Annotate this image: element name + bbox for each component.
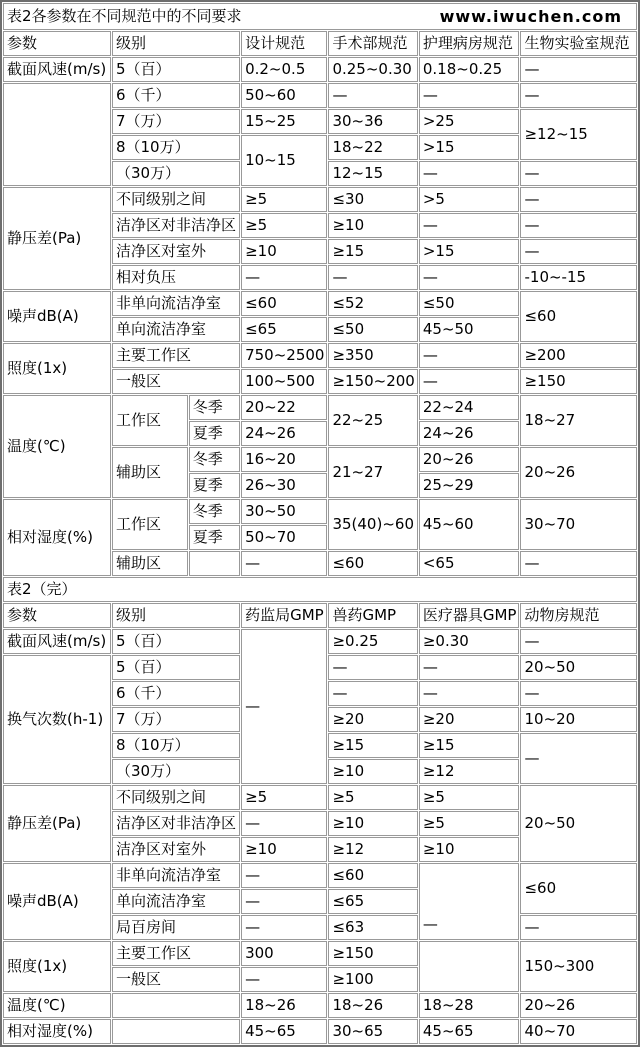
table-row: 温度(℃) 工作区 冬季 20~22 22~25 22~24 18~27 [3, 395, 637, 420]
param-cell: 温度(℃) [3, 395, 111, 498]
value-cell: 0.18~0.25 [419, 57, 520, 82]
param-cell: 截面风速(m/s) [3, 629, 111, 654]
value-cell: ≥20 [419, 707, 520, 732]
season-cell: 夏季 [189, 421, 240, 446]
level-cell: 不同级别之间 [112, 187, 240, 212]
param-cell: 噪声dB(A) [3, 291, 111, 342]
table-row: 相对湿度(%) 45~65 30~65 45~65 40~70 [3, 1019, 637, 1044]
param-cell: 噪声dB(A) [3, 863, 111, 940]
value-cell: — [419, 343, 520, 368]
value-cell: 20~26 [419, 447, 520, 472]
value-cell: ≥15 [328, 733, 417, 758]
value-cell: — [241, 889, 327, 914]
value-cell: — [520, 83, 637, 108]
value-cell: 35(40)~60 [328, 499, 417, 550]
value-cell: — [241, 265, 327, 290]
level-cell: 辅助区 [112, 447, 188, 498]
table-row: 噪声dB(A) 非单向流洁净室 ≤60 ≤52 ≤50 ≤60 [3, 291, 637, 316]
value-cell: 15~25 [241, 109, 327, 134]
column-header: 兽药GMP [328, 603, 417, 628]
value-cell: ≥10 [241, 837, 327, 862]
value-cell: ≥100 [328, 967, 417, 992]
value-cell: >5 [419, 187, 520, 212]
value-cell: 21~27 [328, 447, 417, 498]
page-title: 表2各参数在不同规范中的不同要求 [7, 4, 242, 29]
level-cell: 洁净区对室外 [112, 837, 240, 862]
table-row: 温度(℃) 18~26 18~26 18~28 20~26 [3, 993, 637, 1018]
value-cell: ≥350 [328, 343, 417, 368]
value-cell: ≥15 [328, 239, 417, 264]
param-cell: 相对湿度(%) [3, 499, 111, 576]
value-cell: 0.25~0.30 [328, 57, 417, 82]
empty-cell [189, 551, 240, 576]
value-cell: — [241, 629, 327, 784]
value-cell: ≥10 [419, 837, 520, 862]
value-cell: 25~29 [419, 473, 520, 498]
param-cell: 截面风速(m/s) [3, 57, 111, 82]
value-cell: — [241, 551, 327, 576]
value-cell: 0.2~0.5 [241, 57, 327, 82]
value-cell: 100~500 [241, 369, 327, 394]
table2-header-row: 参数 级别 药监局GMP 兽药GMP 医疗器具GMP 动物房规范 [3, 603, 637, 628]
table-row: 照度(1x) 主要工作区 300 ≥150 150~300 [3, 941, 637, 966]
table-row: 相对湿度(%) 工作区 冬季 30~50 35(40)~60 45~60 30~… [3, 499, 637, 524]
column-header: 医疗器具GMP [419, 603, 520, 628]
level-cell: 相对负压 [112, 265, 240, 290]
value-cell: 30~65 [328, 1019, 417, 1044]
column-header: 生物实验室规范 [520, 31, 637, 56]
value-cell: 22~25 [328, 395, 417, 446]
value-cell: 26~30 [241, 473, 327, 498]
level-cell: 7（万） [112, 109, 240, 134]
param-cell: 相对湿度(%) [3, 1019, 111, 1044]
value-cell: — [520, 57, 637, 82]
param-cell: 照度(1x) [3, 941, 111, 992]
level-cell: 一般区 [112, 369, 240, 394]
value-cell: ≥5 [419, 811, 520, 836]
value-cell: ≥5 [241, 785, 327, 810]
value-cell: 20~26 [520, 447, 637, 498]
value-cell: ≥12 [419, 759, 520, 784]
value-cell: ≤60 [520, 291, 637, 342]
level-cell: 5（百） [112, 655, 240, 680]
value-cell: ≥150~200 [328, 369, 417, 394]
empty-cell [112, 1019, 240, 1044]
parameters-table: 表2各参数在不同规范中的不同要求 www.iwuchen.com 参数 级别 设… [0, 0, 640, 1047]
value-cell: 10~20 [520, 707, 637, 732]
value-cell: — [419, 863, 520, 940]
value-cell: — [419, 213, 520, 238]
value-cell: — [520, 213, 637, 238]
value-cell: >25 [419, 109, 520, 134]
value-cell: — [328, 83, 417, 108]
value-cell: ≥10 [328, 213, 417, 238]
level-cell: 5（百） [112, 629, 240, 654]
value-cell: — [520, 733, 637, 784]
value-cell: ≥10 [328, 759, 417, 784]
value-cell: ≥150 [520, 369, 637, 394]
value-cell: — [520, 239, 637, 264]
level-cell: 主要工作区 [112, 941, 240, 966]
value-cell: 30~50 [241, 499, 327, 524]
level-cell: 8（10万） [112, 135, 240, 160]
value-cell: ≥5 [241, 213, 327, 238]
value-cell: ≥10 [241, 239, 327, 264]
param-cell: 静压差(Pa) [3, 785, 111, 862]
value-cell: — [520, 681, 637, 706]
value-cell: — [419, 161, 520, 186]
value-cell: 50~60 [241, 83, 327, 108]
value-cell: — [520, 161, 637, 186]
value-cell: — [419, 83, 520, 108]
value-cell: ≤60 [520, 863, 637, 914]
value-cell: 300 [241, 941, 327, 966]
level-cell: 单向流洁净室 [112, 889, 240, 914]
value-cell: 150~300 [520, 941, 637, 992]
value-cell: 10~15 [241, 135, 327, 186]
value-cell: ≥20 [328, 707, 417, 732]
level-cell: 主要工作区 [112, 343, 240, 368]
table-row: 照度(1x) 主要工作区 750~2500 ≥350 — ≥200 [3, 343, 637, 368]
value-cell: ≤65 [328, 889, 417, 914]
level-cell: 8（10万） [112, 733, 240, 758]
value-cell: ≤60 [328, 551, 417, 576]
empty-param-cell [3, 83, 111, 186]
table-row: 截面风速(m/s) 5（百） 0.2~0.5 0.25~0.30 0.18~0.… [3, 57, 637, 82]
level-cell: 一般区 [112, 967, 240, 992]
value-cell: — [520, 915, 637, 940]
value-cell: — [328, 655, 417, 680]
column-header: 动物房规范 [520, 603, 637, 628]
value-cell: 45~50 [419, 317, 520, 342]
value-cell: ≤50 [419, 291, 520, 316]
column-header: 级别 [112, 31, 240, 56]
value-cell: — [520, 187, 637, 212]
value-cell: 750~2500 [241, 343, 327, 368]
value-cell: ≥12 [328, 837, 417, 862]
level-cell: 单向流洁净室 [112, 317, 240, 342]
table-row: 噪声dB(A) 非单向流洁净室 — ≤60 — ≤60 [3, 863, 637, 888]
level-cell: （30万） [112, 759, 240, 784]
column-header: 参数 [3, 603, 111, 628]
season-cell: 夏季 [189, 473, 240, 498]
value-cell: 18~28 [419, 993, 520, 1018]
column-header: 级别 [112, 603, 240, 628]
value-cell: <65 [419, 551, 520, 576]
table-row: 静压差(Pa) 不同级别之间 ≥5 ≤30 >5 — [3, 187, 637, 212]
table-row: 6（千） 50~60 — — — [3, 83, 637, 108]
level-cell: 6（千） [112, 83, 240, 108]
value-cell: 30~36 [328, 109, 417, 134]
value-cell: 18~22 [328, 135, 417, 160]
value-cell: 45~60 [419, 499, 520, 550]
value-cell: ≤63 [328, 915, 417, 940]
value-cell: — [241, 811, 327, 836]
value-cell: ≥5 [419, 785, 520, 810]
value-cell: 45~65 [419, 1019, 520, 1044]
value-cell: 16~20 [241, 447, 327, 472]
level-cell: 洁净区对非洁净区 [112, 811, 240, 836]
season-cell: 冬季 [189, 395, 240, 420]
column-header: 手术部规范 [328, 31, 417, 56]
value-cell: — [328, 681, 417, 706]
level-cell: 洁净区对非洁净区 [112, 213, 240, 238]
title-row: 表2各参数在不同规范中的不同要求 www.iwuchen.com [3, 3, 637, 30]
value-cell: 18~27 [520, 395, 637, 446]
value-cell: — [419, 265, 520, 290]
title-cell: 表2各参数在不同规范中的不同要求 www.iwuchen.com [3, 3, 637, 30]
value-cell: — [419, 369, 520, 394]
value-cell: 20~26 [520, 993, 637, 1018]
level-cell: 不同级别之间 [112, 785, 240, 810]
table-row: 静压差(Pa) 不同级别之间 ≥5 ≥5 ≥5 20~50 [3, 785, 637, 810]
column-header: 参数 [3, 31, 111, 56]
level-cell: 6（千） [112, 681, 240, 706]
value-cell: 40~70 [520, 1019, 637, 1044]
value-cell: -10~-15 [520, 265, 637, 290]
level-cell: 辅助区 [112, 551, 188, 576]
level-cell: 非单向流洁净室 [112, 863, 240, 888]
value-cell: 22~24 [419, 395, 520, 420]
value-cell: — [241, 915, 327, 940]
value-cell: ≤50 [328, 317, 417, 342]
level-cell: （30万） [112, 161, 240, 186]
value-cell: 18~26 [241, 993, 327, 1018]
column-header: 设计规范 [241, 31, 327, 56]
value-cell: ≥12~15 [520, 109, 637, 160]
value-cell: 45~65 [241, 1019, 327, 1044]
value-cell: 20~50 [520, 655, 637, 680]
level-cell: 局百房间 [112, 915, 240, 940]
param-cell: 换气次数(h-1) [3, 655, 111, 784]
value-cell: ≤60 [328, 863, 417, 888]
value-cell: ≥0.25 [328, 629, 417, 654]
value-cell: >15 [419, 135, 520, 160]
value-cell: — [328, 265, 417, 290]
value-cell: 12~15 [328, 161, 417, 186]
value-cell: — [419, 655, 520, 680]
value-cell: — [241, 863, 327, 888]
value-cell: ≥200 [520, 343, 637, 368]
param-cell: 静压差(Pa) [3, 187, 111, 290]
value-cell: 20~50 [520, 785, 637, 862]
level-cell: 洁净区对室外 [112, 239, 240, 264]
value-cell: ≥10 [328, 811, 417, 836]
level-cell: 工作区 [112, 395, 188, 446]
value-cell: 18~26 [328, 993, 417, 1018]
value-cell: — [241, 967, 327, 992]
level-cell: 工作区 [112, 499, 188, 550]
table-row: 截面风速(m/s) 5（百） — ≥0.25 ≥0.30 — [3, 629, 637, 654]
value-cell: — [419, 681, 520, 706]
column-header: 护理病房规范 [419, 31, 520, 56]
value-cell: — [520, 629, 637, 654]
mid-caption: 表2（完） [3, 577, 637, 602]
value-cell: >15 [419, 239, 520, 264]
season-cell: 冬季 [189, 447, 240, 472]
value-cell: ≤65 [241, 317, 327, 342]
empty-cell [112, 993, 240, 1018]
value-cell: ≥150 [328, 941, 417, 966]
value-cell: 20~22 [241, 395, 327, 420]
value-cell: ≤60 [241, 291, 327, 316]
value-cell: ≤30 [328, 187, 417, 212]
value-cell: 24~26 [241, 421, 327, 446]
level-cell: 7（万） [112, 707, 240, 732]
value-cell: ≥0.30 [419, 629, 520, 654]
season-cell: 冬季 [189, 499, 240, 524]
value-cell: 30~70 [520, 499, 637, 550]
value-cell: 50~70 [241, 525, 327, 550]
column-header: 药监局GMP [241, 603, 327, 628]
value-cell: ≥15 [419, 733, 520, 758]
value-cell: ≤52 [328, 291, 417, 316]
value-cell: ≥5 [241, 187, 327, 212]
table1-header-row: 参数 级别 设计规范 手术部规范 护理病房规范 生物实验室规范 [3, 31, 637, 56]
level-cell: 5（百） [112, 57, 240, 82]
site-watermark: www.iwuchen.com [440, 4, 634, 29]
value-cell: ≥5 [328, 785, 417, 810]
level-cell: 非单向流洁净室 [112, 291, 240, 316]
param-cell: 照度(1x) [3, 343, 111, 394]
season-cell: 夏季 [189, 525, 240, 550]
mid-caption-row: 表2（完） [3, 577, 637, 602]
value-cell: 24~26 [419, 421, 520, 446]
empty-cell [419, 941, 520, 992]
param-cell: 温度(℃) [3, 993, 111, 1018]
value-cell: — [520, 551, 637, 576]
